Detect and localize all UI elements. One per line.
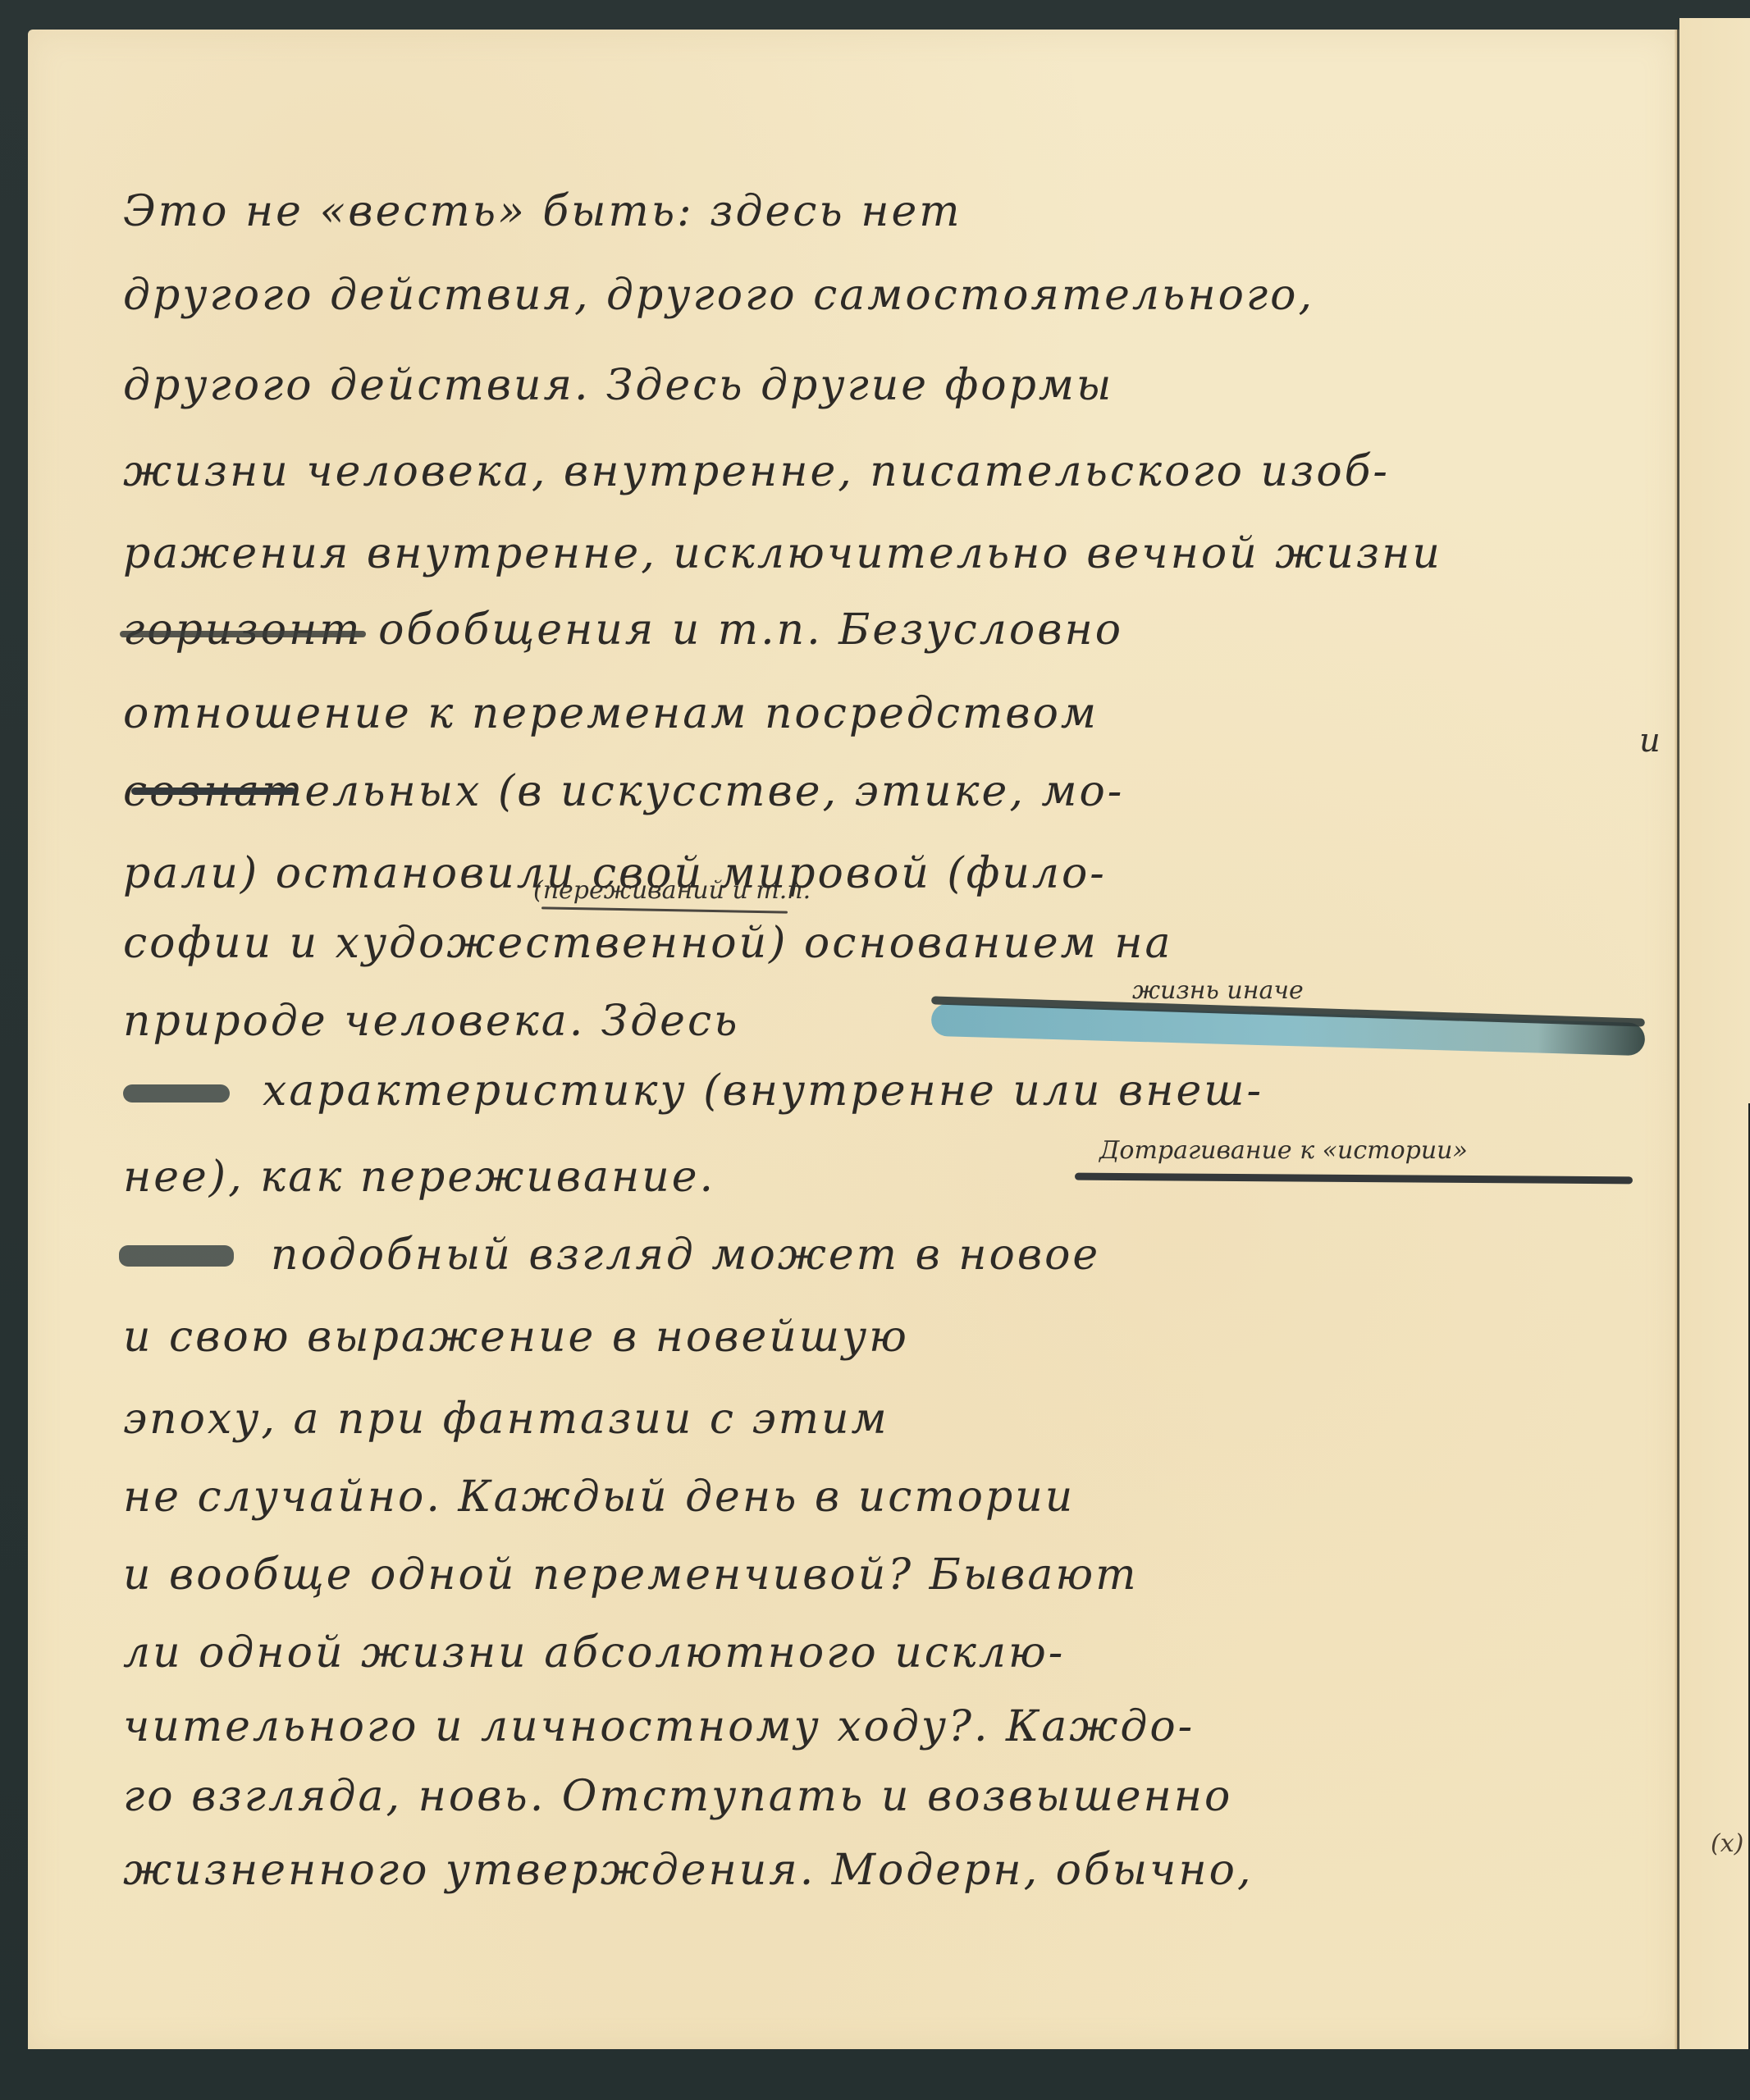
manuscript-line-21: го взгляда, новь. Отступать и возвышенно xyxy=(123,1772,1665,1821)
manuscript-line-16: эпоху, а при фантазии с этим xyxy=(123,1395,1665,1444)
manuscript-line-6: горизонт обобщения и т.п. Безусловно xyxy=(123,605,1665,655)
manuscript-line-7: отношение к переменам посредством xyxy=(123,689,1665,738)
adjacent-page-fragment: (x) xyxy=(1711,1829,1743,1858)
manuscript-line-4: жизни человека, внутренне, писательского… xyxy=(123,447,1665,496)
insertion-conjunction: и xyxy=(1639,722,1661,760)
manuscript-line-14: подобный взгляд может в новое xyxy=(271,1230,1750,1280)
manuscript-line-12: характеристику (внутренне или внеш- xyxy=(263,1066,1750,1116)
manuscript-line-5: ражения внутренне, исключительно вечной … xyxy=(123,529,1665,578)
manuscript-line-9: рали) остановили свой мировой (фило- xyxy=(123,849,1665,898)
manuscript-line-18: и вообще одной переменчивой? Бывают xyxy=(123,1550,1665,1600)
manuscript-line-3: другого действия. Здесь другие формы xyxy=(123,361,1665,410)
manuscript-line-1: Это не «весть» быть: здесь нет xyxy=(123,187,1665,236)
ink-blot xyxy=(119,1245,234,1267)
manuscript-line-19: ли одной жизни абсолютного исклю- xyxy=(123,1628,1665,1678)
manuscript-line-20: чительного и личностному ходу?. Каждо- xyxy=(123,1702,1665,1751)
adjacent-page-strip xyxy=(1679,18,1750,2049)
manuscript-line-15: и свою выражение в новейшую xyxy=(123,1312,1665,1362)
struck-word: горизонт xyxy=(123,605,363,655)
strikethrough-mark xyxy=(131,787,295,795)
manuscript-line-13: нее), как переживание. xyxy=(123,1153,1665,1202)
manuscript-line-22: жизненного утверждения. Модерн, обычно, xyxy=(123,1846,1665,1895)
manuscript-line-10: софии и художественной) основанием на xyxy=(123,919,1665,968)
ink-blot xyxy=(123,1084,230,1102)
insertion-above-line-10: (переживаний и т.п. xyxy=(533,876,811,905)
manuscript-line-2: другого действия, другого самостоятельно… xyxy=(123,271,1665,320)
line-text: обобщения и т.п. Безусловно xyxy=(378,605,1123,655)
manuscript-line-17: не случайно. Каждый день в истории xyxy=(123,1472,1665,1522)
manuscript-line-8: сознательных (в искусстве, этике, мо- xyxy=(123,767,1665,816)
